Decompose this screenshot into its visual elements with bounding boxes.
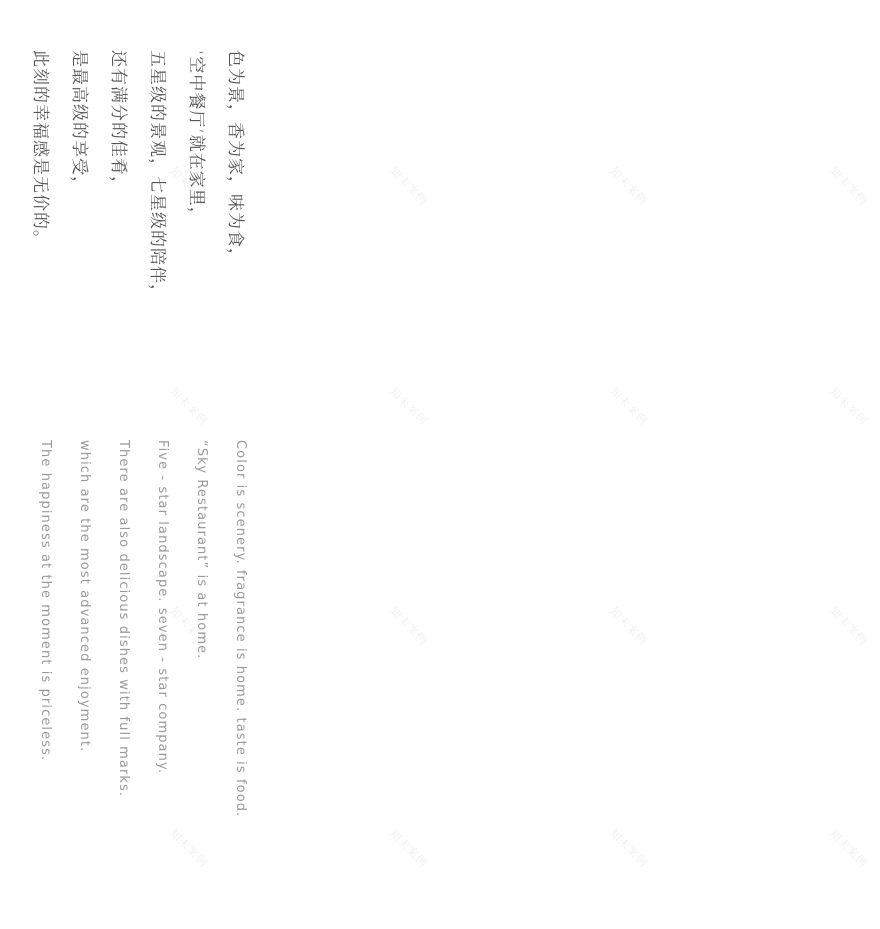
watermark: 知末案例 — [386, 163, 431, 208]
chinese-line-6: 此刻的幸福感是无价的。 — [30, 50, 55, 248]
chinese-line-1: 色为景，香为家，味为食， — [225, 50, 250, 266]
watermark: 知末案例 — [826, 383, 871, 428]
watermark: 知末案例 — [606, 383, 651, 428]
chinese-line-4: 还有满分的佳肴， — [108, 50, 133, 194]
watermark: 知末案例 — [166, 383, 211, 428]
watermark: 知末案例 — [606, 603, 651, 648]
watermark: 知末案例 — [826, 825, 871, 870]
english-line-5: which are the most advanced enjoyment. — [77, 440, 92, 752]
watermark: 知末案例 — [386, 603, 431, 648]
english-line-1: Color is scenery. fragrance is home. tas… — [233, 440, 248, 817]
watermark: 知末案例 — [386, 825, 431, 870]
chinese-line-5: 是最高级的享受， — [69, 50, 94, 194]
english-line-4: There are also delicious dishes with ful… — [116, 440, 131, 797]
english-line-3: Five - star landscape. seven - star comp… — [155, 440, 170, 774]
document-page: 色为景，香为家，味为食， ‘空中餐厅’就在家里， 五星级的景观，七星级的陪伴， … — [0, 0, 880, 929]
watermark: 知末案例 — [166, 825, 211, 870]
watermark: 知末案例 — [826, 603, 871, 648]
english-line-6: The happiness at the moment is priceless… — [38, 440, 53, 761]
watermark: 知末案例 — [606, 163, 651, 208]
watermark: 知末案例 — [826, 163, 871, 208]
watermark: 知末案例 — [386, 383, 431, 428]
watermark: 知末案例 — [606, 825, 651, 870]
